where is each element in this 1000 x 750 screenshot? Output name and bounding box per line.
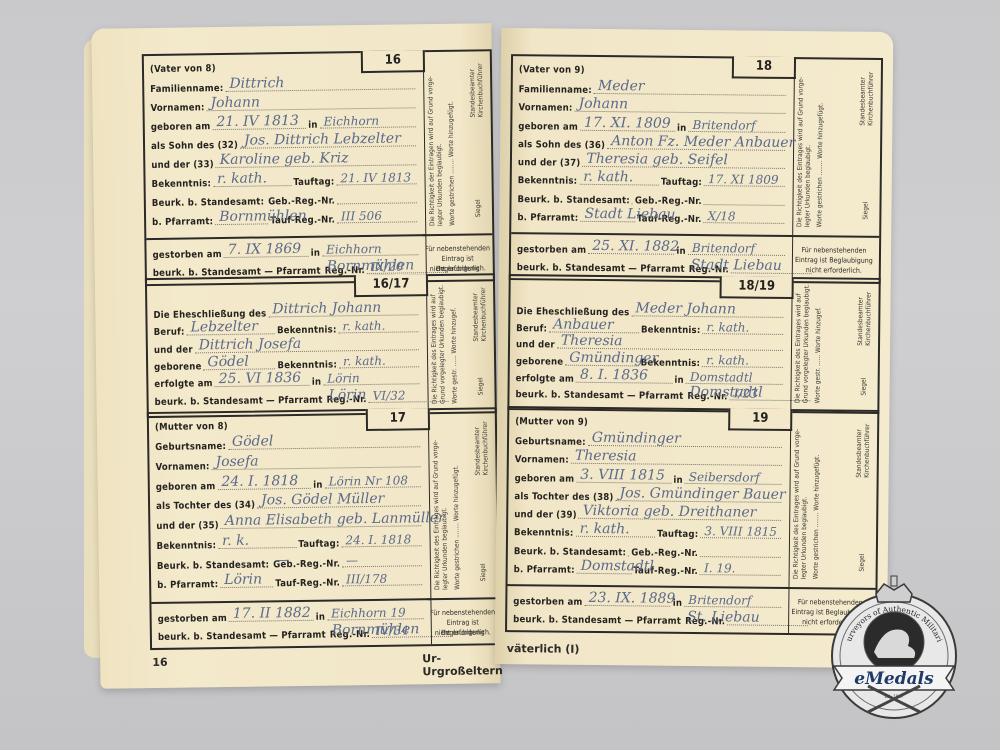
- field-label: Tauftag:: [293, 176, 334, 188]
- handwritten-value: Gmündinger: [592, 430, 681, 447]
- field-label: Beurk. b. Standesamt:: [157, 559, 269, 572]
- certification-note: nicht erforderlich.: [789, 265, 879, 276]
- field-label: und der: [516, 339, 555, 350]
- form-row: als Sohn des (36)Anton Fz. Meder Anbauer: [518, 135, 787, 153]
- left-page: 16(Vater von 8)Familienname:DittrichVorn…: [91, 23, 500, 689]
- handwritten-value: 7. IX 1869: [228, 241, 302, 258]
- certification-column: Die Richtigkeit des Eintrages wird aufGr…: [423, 275, 495, 412]
- form-row: und der (39)Viktoria geb. Dreithaner: [514, 505, 783, 523]
- words-struck-added: Worte gestr. ...... Worte hinzugef.: [449, 284, 459, 404]
- handwritten-field: Johann: [206, 95, 415, 111]
- field-label: gestorben am: [517, 244, 586, 256]
- field-label: als Sohn des (32): [151, 140, 238, 152]
- handwritten-field: Jos. Gmündinger Bauer: [616, 488, 782, 503]
- official-signature-label: StandesbeamterKirchenbuchführer: [855, 424, 872, 478]
- handwritten-field: Dittrich Josefa: [195, 337, 419, 353]
- handwritten-field: [700, 544, 781, 558]
- handwritten-field: Lörin: [220, 575, 273, 589]
- field-label: in: [312, 377, 322, 388]
- certification-line: legter Urkunden beglaubigt.: [434, 60, 444, 226]
- form-row: Beurk. b. Standesamt:Geb.-Reg.-Nr.: [514, 542, 783, 560]
- field-label: beurk. b. Standesamt — Pfarramt: [155, 394, 323, 407]
- handwritten-field: Lörin: [323, 372, 419, 386]
- handwritten-value: —: [346, 553, 358, 567]
- certification-note: nicht erforderlich.: [428, 627, 498, 638]
- seal-label: Siegel: [474, 199, 482, 217]
- handwritten-field: Gödel: [228, 434, 420, 450]
- certification-text: Die Richtigkeit des Eintrages wird aufGr…: [429, 284, 447, 404]
- form-row: Geburtsname:Gödel: [155, 434, 422, 453]
- handwritten-field: 17. XI 1809: [704, 173, 785, 187]
- handwritten-value: Josefa: [215, 453, 258, 470]
- handwritten-field: 25. XI. 1882: [588, 241, 674, 255]
- form-row: und der (33)Karoline geb. Kriz: [151, 152, 418, 171]
- form-row: Bekenntnis:r. kath.Tauftag:3. VIII 1815: [514, 523, 783, 541]
- right-page: 18(Vater von 9)Familienname:MederVorname…: [495, 28, 894, 668]
- entry-18-father: 18(Vater von 9)Familienname:MederVorname…: [509, 54, 883, 284]
- field-label: geborene: [516, 356, 564, 367]
- handwritten-field: r. kath.: [339, 354, 419, 368]
- field-label: und der (37): [518, 157, 581, 169]
- handwritten-value: 24. I. 1818: [221, 472, 298, 489]
- entry-heading: (Vater von 9): [519, 64, 788, 78]
- handwritten-field: Karoline geb. Kriz: [216, 152, 417, 168]
- heading-label: (Vater von 9): [519, 64, 585, 76]
- form-row: Vornamen:Theresia: [515, 450, 784, 468]
- emedals-watermark-seal: eMedals Est. 1987 Purveyors of Authentic…: [828, 574, 960, 724]
- form-row: Vornamen:Josefa: [155, 454, 422, 473]
- handwritten-value: 24. I. 1818: [345, 532, 411, 547]
- certification-text: Die Richtigkeit des Eintrages wird aufGr…: [793, 287, 810, 403]
- handwritten-field: Domstadtl: [686, 371, 783, 385]
- form-row: beurk. b. Standesamt — PfarramtBornmühle…: [158, 624, 426, 643]
- handwritten-value: Meder: [598, 78, 645, 94]
- certification-text: Die Richtigkeit des Eintrages wird auf G…: [431, 418, 449, 590]
- handwritten-value: I. 19.: [704, 561, 736, 575]
- handwritten-value: Lörin: [224, 572, 262, 589]
- handwritten-field: r. kath.: [702, 354, 783, 368]
- death-section: gestorben am23. IX. 1889inBritendorfbeur…: [507, 584, 789, 633]
- handwritten-field: Britendorf: [684, 594, 781, 608]
- field-label: Familienname:: [150, 83, 223, 95]
- handwritten-value: Viktoria geb. Dreithaner: [583, 503, 757, 521]
- handwritten-value: III 506: [341, 209, 382, 224]
- field-label: Vornamen:: [155, 461, 209, 473]
- handwritten-value: Jos. Gödel Müller: [261, 491, 384, 509]
- handwritten-field: Dittrich Johann: [268, 302, 418, 317]
- field-label: in: [673, 474, 683, 485]
- handwritten-value: Anton Fz. Meder Anbauer: [611, 133, 795, 151]
- official-signature-label: StandesbeamterKirchenbuchführer: [858, 72, 875, 126]
- handwritten-value: r. kath.: [217, 170, 267, 187]
- form-row: als Tochter des (38)Jos. Gmündinger Baue…: [514, 487, 783, 505]
- field-label: beurk. b. Standesamt — Pfarramt: [517, 262, 685, 275]
- handwritten-value: Gmündinger: [569, 350, 658, 367]
- certification-column: Die Richtigkeit des Eintrages wird auf G…: [789, 59, 881, 282]
- handwritten-value: X/18: [708, 209, 736, 223]
- handwritten-field: [704, 192, 785, 206]
- form-row: beurk. b. Standesamt — PfarramtStadt Lie…: [517, 258, 787, 276]
- field-label: Beurk. b. Standesamt:: [514, 546, 626, 558]
- field-label: beurk. b. Standesamt — Pfarramt: [513, 614, 681, 627]
- handwritten-field: [632, 191, 633, 204]
- handwritten-value: 17. XI 1809: [708, 172, 779, 187]
- form-row: geboren am17. XI. 1809inBritendorf: [518, 117, 787, 135]
- handwritten-field: Jos. Dittrich Lebzelter: [240, 133, 416, 148]
- field-label: geborene: [154, 361, 202, 373]
- handwritten-field: Jos. Gödel Müller: [257, 494, 421, 509]
- handwritten-value: 21. IV 1813: [340, 170, 411, 185]
- handwritten-value: Anbauer: [553, 316, 614, 333]
- page-footer-title: Ur-Urgroßeltern: [422, 651, 503, 678]
- handwritten-field: r. kath.: [338, 320, 418, 334]
- handwritten-field: 17. II 1882: [229, 608, 314, 622]
- handwritten-field: Theresia geb. Seifel: [582, 154, 785, 169]
- certification-line: Grund vorgelegter Urkunden beglaubigt.: [801, 287, 810, 403]
- handwritten-value: VI/32: [373, 388, 406, 402]
- handwritten-field: Anna Elisabeth geb. Lanmüller: [221, 513, 422, 529]
- handwritten-value: —: [275, 552, 289, 568]
- certification-line: Grund vorgelegter Urkunden beglaubigt.: [437, 284, 447, 404]
- field-label: Bekenntnis:: [641, 324, 701, 336]
- form-row: gestorben am25. XI. 1882inBritendorf: [517, 240, 787, 258]
- official-signature-label: StandesbeamterKirchenbuchführer: [468, 63, 485, 117]
- words-struck-added: Worte gestrichen ........ Worte hinzugef…: [446, 60, 456, 226]
- form-row: Vornamen:Johann: [518, 98, 787, 116]
- handwritten-value: IX/20: [371, 259, 404, 273]
- form-row: beurk. b. Standesamt — PfarramtLörinReg.…: [154, 389, 421, 408]
- handwritten-value: 3. VIII 1815: [580, 466, 665, 483]
- handwritten-value: Bornmühlen: [219, 208, 307, 225]
- field-label: gestorben am: [513, 596, 582, 608]
- field-label: und der (35): [156, 520, 219, 532]
- certification-line: legter Urkunden beglaubigt.: [800, 419, 810, 579]
- handwritten-field: Meder: [594, 81, 786, 96]
- official-title: Kirchenbuchführer: [479, 287, 488, 341]
- handwritten-field: Theresia: [571, 451, 782, 466]
- words-struck-added: Worte gestrichen ........ Worte hinzugef…: [815, 67, 825, 227]
- field-label: Vornamen:: [518, 102, 572, 114]
- handwritten-field: r. kath.: [213, 173, 291, 187]
- form-row: geboren am24. I. 1818inLörin Nr 108: [156, 474, 423, 493]
- handwritten-value: Britendorf: [688, 593, 751, 608]
- entry-form: 18(Vater von 9)Familienname:MederVorname…: [511, 56, 795, 281]
- certification-column: Die Richtigkeit der Eintragen wird auf G…: [420, 51, 493, 280]
- official-signature-label: StandesbeamterKirchenbuchführer: [471, 287, 488, 341]
- entry-heading: (Mutter von 9): [515, 416, 784, 430]
- official-signature-label: StandesbeamterKirchenbuchführer: [856, 292, 873, 346]
- official-title: Kirchenbuchführer: [866, 72, 875, 126]
- field-label: in: [311, 248, 321, 259]
- certification-line: legter Urkunden beglaubigt.: [439, 418, 449, 590]
- entry-17-mother: 17(Mutter von 8)Geburtsname:GödelVorname…: [147, 407, 500, 650]
- handwritten-field: Britendorf: [688, 242, 785, 256]
- field-label: geboren am: [518, 121, 578, 133]
- entry-form: 19(Mutter von 9)Geburtsname:GmündingerVo…: [507, 408, 791, 633]
- field-label: erfolgte am: [154, 378, 213, 390]
- field-label: gestorben am: [158, 613, 227, 625]
- form-row: beurk. b. Standesamt — PfarramtDomstadtl…: [515, 385, 784, 403]
- field-label: als Tochter des (38): [514, 491, 613, 503]
- handwritten-value: III/178: [346, 572, 387, 587]
- handwritten-value: Dittrich: [229, 75, 284, 92]
- form-row: Geburtsname:Gmündinger: [515, 432, 784, 450]
- handwritten-field: Bornmühlen: [215, 211, 268, 225]
- field-label: in: [308, 120, 318, 131]
- handwritten-value: Gödel: [232, 433, 274, 450]
- field-label: Beurk. b. Standesamt:: [152, 196, 264, 209]
- form-row: Bekenntnis:r. k.Tauftag:24. I. 1818: [157, 533, 424, 552]
- field-label: Tauftag:: [657, 529, 698, 540]
- handwritten-field: Britendorf: [688, 118, 785, 132]
- form-row: gestorben am23. IX. 1889inBritendorf: [513, 592, 783, 610]
- handwritten-field: I. 19.: [700, 562, 781, 576]
- handwritten-field: Anton Fz. Meder Anbauer: [607, 136, 785, 151]
- field-label: Geb.-Reg.-Nr.: [631, 547, 698, 559]
- handwritten-value: 21. IV 1813: [216, 113, 299, 130]
- form-row: und der (35)Anna Elisabeth geb. Lanmülle…: [156, 513, 423, 532]
- certification-text: Die Richtigkeit der Eintragen wird auf G…: [426, 60, 444, 226]
- handwritten-value: Eichhorn 19: [331, 605, 406, 620]
- handwritten-field: 3. VIII 1815: [576, 469, 671, 483]
- handwritten-field: Stadt Liebau: [580, 209, 635, 223]
- form-row: Vornamen:Johann: [150, 95, 417, 114]
- handwritten-value: r. kath.: [706, 320, 749, 334]
- field-label: als Tochter des (34): [156, 500, 255, 512]
- form-row: Beruf:AnbauerBekenntnis:r. kath.: [516, 319, 785, 337]
- handwritten-field: 7. IX 1869: [224, 244, 309, 258]
- field-label: Beurk. b. Standesamt:: [517, 194, 629, 206]
- handwritten-field: 24. I. 1818: [217, 475, 311, 489]
- handwritten-field: 17. XI. 1809: [580, 117, 675, 131]
- handwritten-field: Domstadtl: [577, 561, 632, 575]
- field-label: Bekenntnis:: [518, 175, 578, 187]
- field-label: Tauf-Reg.-Nr.: [275, 578, 340, 590]
- field-label: Geb.-Reg.-Nr.: [268, 195, 335, 207]
- words-struck-added: Worte gestrichen ........ Worte hinzugef…: [451, 418, 461, 590]
- field-label: beurk. b. Standesamt — Pfarramt: [158, 630, 326, 643]
- handwritten-field: [337, 190, 417, 204]
- handwritten-field: 23. IX. 1889: [585, 593, 671, 607]
- handwritten-field: Eichhorn: [322, 242, 419, 256]
- heading-label: (Mutter von 8): [155, 421, 228, 433]
- entry-form: 16/17Die Eheschließung desDittrich Johan…: [147, 276, 429, 416]
- handwritten-value: Dittrich Josefa: [199, 336, 302, 353]
- field-label: in: [674, 374, 684, 385]
- field-label: Bekenntnis:: [514, 527, 574, 539]
- field-label: Familienname:: [519, 84, 592, 96]
- entry-form: 17(Mutter von 8)Geburtsname:GödelVorname…: [149, 410, 432, 648]
- field-label: in: [677, 122, 687, 133]
- field-label: und der (33): [151, 159, 214, 171]
- handwritten-field: Josefa: [211, 454, 420, 470]
- death-section: gestorben am17. II 1882inEichhorn 19beur…: [151, 598, 432, 648]
- handwritten-value: Seibersdorf: [689, 469, 760, 484]
- handwritten-field: X/18: [704, 210, 785, 224]
- handwritten-value: Lörin: [327, 371, 360, 385]
- handwritten-field: r. kath.: [576, 524, 656, 538]
- handwritten-field: 21. IV 1813: [212, 116, 306, 130]
- handwritten-field: r. k.: [218, 535, 296, 549]
- handwritten-field: 21. IV 1813: [336, 171, 416, 185]
- seal-label: Siegel: [861, 202, 869, 220]
- handwritten-value: I/23: [734, 387, 758, 401]
- handwritten-value: r. kath.: [583, 169, 633, 186]
- handwritten-field: Seibersdorf: [685, 470, 782, 484]
- handwritten-field: III 506: [337, 209, 417, 223]
- form-row: b. Pfarramt:DomstadtlTauf-Reg.-Nr.I. 19.: [514, 560, 783, 578]
- handwritten-field: Meder Johann: [631, 303, 783, 318]
- heading-label: (Mutter von 9): [515, 416, 588, 428]
- handwritten-field: Anbauer: [549, 319, 639, 333]
- handwritten-field: r. kath.: [579, 172, 659, 186]
- form-row: geboreneGmündingerBekenntnis:r. kath.: [516, 352, 785, 370]
- handwritten-field: 24. I. 1818: [341, 533, 421, 547]
- field-label: und der: [154, 344, 193, 356]
- handwritten-value: 17. II 1882: [233, 605, 311, 622]
- field-label: Beruf:: [516, 323, 547, 334]
- official-title: Kirchenbuchführer: [476, 63, 485, 117]
- handwritten-value: Lörin: [328, 387, 366, 404]
- handwritten-value: 17. XI. 1809: [584, 114, 671, 131]
- field-label: Bekenntnis:: [152, 178, 212, 190]
- handwritten-value: 23. IX. 1889: [589, 590, 676, 607]
- seal-label: Siegel: [858, 554, 866, 572]
- field-label: Geb.-Reg.-Nr.: [635, 195, 702, 207]
- handwritten-value: Anna Elisabeth geb. Lanmüller: [225, 510, 445, 529]
- certification-column: Die Richtigkeit des Eintrages wird auf G…: [425, 409, 498, 644]
- page-footer-title: väterlich (I): [507, 642, 580, 656]
- handwritten-value: 25. VI 1836: [219, 370, 302, 387]
- handwritten-field: —: [342, 553, 422, 567]
- field-label: Vornamen:: [150, 102, 204, 114]
- handwritten-field: Johann: [575, 99, 786, 114]
- handwritten-field: Lebzelter: [186, 322, 275, 336]
- entry-19-mother: 19(Mutter von 9)Geburtsname:GmündingerVo…: [505, 406, 879, 636]
- handwritten-value: 3. VIII 1815: [704, 524, 777, 539]
- certification-text: Die Richtigkeit des Eintrages wird auf G…: [792, 419, 810, 579]
- handwritten-value: Britendorf: [692, 117, 755, 132]
- field-label: Tauftag:: [298, 538, 339, 550]
- handwritten-value: Gödel: [207, 354, 249, 371]
- form-row: Beurk. b. Standesamt:Geb.-Reg.-Nr.: [152, 190, 419, 209]
- handwritten-value: Theresia: [575, 448, 637, 465]
- form-row: Bekenntnis:r. kath.Tauftag:17. XI 1809: [518, 171, 787, 189]
- form-row: Bekenntnis:r. kath.Tauftag:21. IV 1813: [151, 171, 418, 190]
- field-label: b. Pfarramt:: [514, 564, 575, 576]
- handwritten-value: r. kath.: [342, 319, 385, 334]
- words-struck-added: Worte gestrichen ........ Worte hinzugef…: [812, 419, 822, 579]
- svg-text:eMedals: eMedals: [854, 669, 934, 689]
- official-signature-label: StandesbeamterKirchenbuchführer: [473, 421, 490, 475]
- handwritten-field: Lörin Nr 108: [325, 474, 421, 488]
- form-row: als Sohn des (32)Jos. Dittrich Lebzelter: [151, 133, 418, 152]
- handwritten-field: 3. VIII 1815: [700, 525, 781, 539]
- field-label: Vornamen:: [515, 454, 569, 466]
- handwritten-value: r. kath.: [580, 521, 630, 538]
- form-row: Familienname:Dittrich: [150, 76, 417, 95]
- field-label: Geburtsname:: [515, 436, 586, 448]
- handwritten-value: Stadt Liebau: [584, 206, 675, 223]
- open-ancestry-booklet: 16(Vater von 8)Familienname:DittrichVorn…: [0, 0, 1000, 750]
- entry-number: 16/17: [354, 274, 428, 297]
- handwritten-field: Gmündinger: [565, 353, 639, 367]
- handwritten-field: Viktoria geb. Dreithaner: [579, 506, 782, 521]
- handwritten-value: Johann: [210, 94, 260, 111]
- certification-note-box: Für nebenstehendenEintrag ist Beglaubigu…: [789, 235, 879, 282]
- entry-number: 18/19: [720, 276, 794, 299]
- handwritten-value: 25. XI. 1882: [592, 238, 679, 255]
- field-label: geboren am: [151, 121, 211, 133]
- field-label: in: [313, 479, 323, 490]
- handwritten-value: IV/34: [376, 623, 409, 637]
- handwritten-value: Eichhorn: [324, 114, 380, 129]
- certification-note-box: Für nebenstehendenEintrag ist Beglaubigu…: [427, 597, 498, 644]
- official-title: Kirchenbuchführer: [481, 421, 490, 475]
- field-label: erfolgte am: [516, 373, 575, 385]
- field-label: beurk. b. Standesamt — Pfarramt: [515, 389, 683, 402]
- form-row: Familienname:Meder: [519, 80, 788, 98]
- handwritten-field: Eichhorn: [320, 114, 416, 128]
- handwritten-value: r. kath.: [343, 354, 386, 369]
- handwritten-field: Gmündinger: [588, 433, 782, 448]
- form-row: b. Pfarramt:BornmühlenTauf-Reg.-Nr.III 5…: [152, 209, 419, 228]
- handwritten-value: 8. I. 1836: [580, 366, 648, 383]
- handwritten-value: Eichhorn: [326, 242, 382, 257]
- entry-form: 16(Vater von 8)Familienname:DittrichVorn…: [144, 52, 427, 284]
- entry-16-17-marriage: 16/17Die Eheschließung desDittrich Johan…: [145, 273, 497, 418]
- form-row: b. Pfarramt:Stadt LiebauTauf-Reg.-Nr.X/1…: [517, 208, 786, 226]
- entry-18-19-marriage: 18/19Die Eheschließung desMeder JohannBe…: [507, 274, 880, 414]
- seal-label: Siegel: [860, 378, 868, 396]
- handwritten-value: Dittrich Johann: [272, 300, 381, 318]
- field-label: Tauftag:: [661, 177, 702, 188]
- field-label: geboren am: [515, 473, 575, 485]
- form-row: beurk. b. Standesamt — PfarramtSt. Lieba…: [513, 610, 783, 628]
- handwritten-value: Lörin Nr 108: [329, 473, 408, 488]
- handwritten-value: Domstadtl: [581, 558, 654, 575]
- seal-label: Siegel: [479, 563, 487, 581]
- handwritten-value: Jos. Gmündinger Bauer: [620, 485, 786, 503]
- field-label: als Sohn des (36): [518, 139, 605, 151]
- certification-line: legter Urkunden beglaubigt.: [803, 67, 813, 227]
- entry-form: 18/19Die Eheschließung desMeder JohannBe…: [509, 276, 792, 411]
- handwritten-value: Lebzelter: [190, 319, 258, 336]
- field-label: b. Pfarramt:: [517, 212, 578, 224]
- handwritten-value: Jos. Dittrich Lebzelter: [244, 131, 401, 149]
- certification-column: Die Richtigkeit des Eintrages wird aufGr…: [787, 279, 878, 412]
- handwritten-field: III/178: [342, 573, 422, 587]
- words-struck-added: Worte gestr. ...... Worte hinzugef.: [813, 287, 822, 403]
- handwritten-field: 8. I. 1836: [576, 369, 672, 383]
- seal-label: Siegel: [476, 377, 484, 395]
- handwritten-field: Eichhorn 19: [327, 606, 424, 620]
- field-label: gestorben am: [153, 249, 222, 261]
- certification-text: Die Richtigkeit des Eintrages wird auf G…: [795, 67, 813, 227]
- field-label: b. Pfarramt:: [152, 216, 213, 228]
- handwritten-value: Theresia: [561, 333, 623, 350]
- official-title: Kirchenbuchführer: [864, 292, 873, 346]
- handwritten-value: Karoline geb. Kriz: [220, 150, 349, 168]
- page-number: 16: [152, 656, 167, 669]
- handwritten-value: Meder Johann: [635, 300, 736, 317]
- handwritten-field: r. kath.: [702, 321, 783, 335]
- field-label: und der (39): [514, 509, 577, 521]
- handwritten-field: Dittrich: [225, 76, 415, 92]
- handwritten-value: r. k.: [222, 532, 249, 548]
- form-row: und der (37)Theresia geb. Seifel: [518, 153, 787, 171]
- form-row: Beurk. b. Standesamt:Geb.-Reg.-Nr.: [517, 190, 786, 208]
